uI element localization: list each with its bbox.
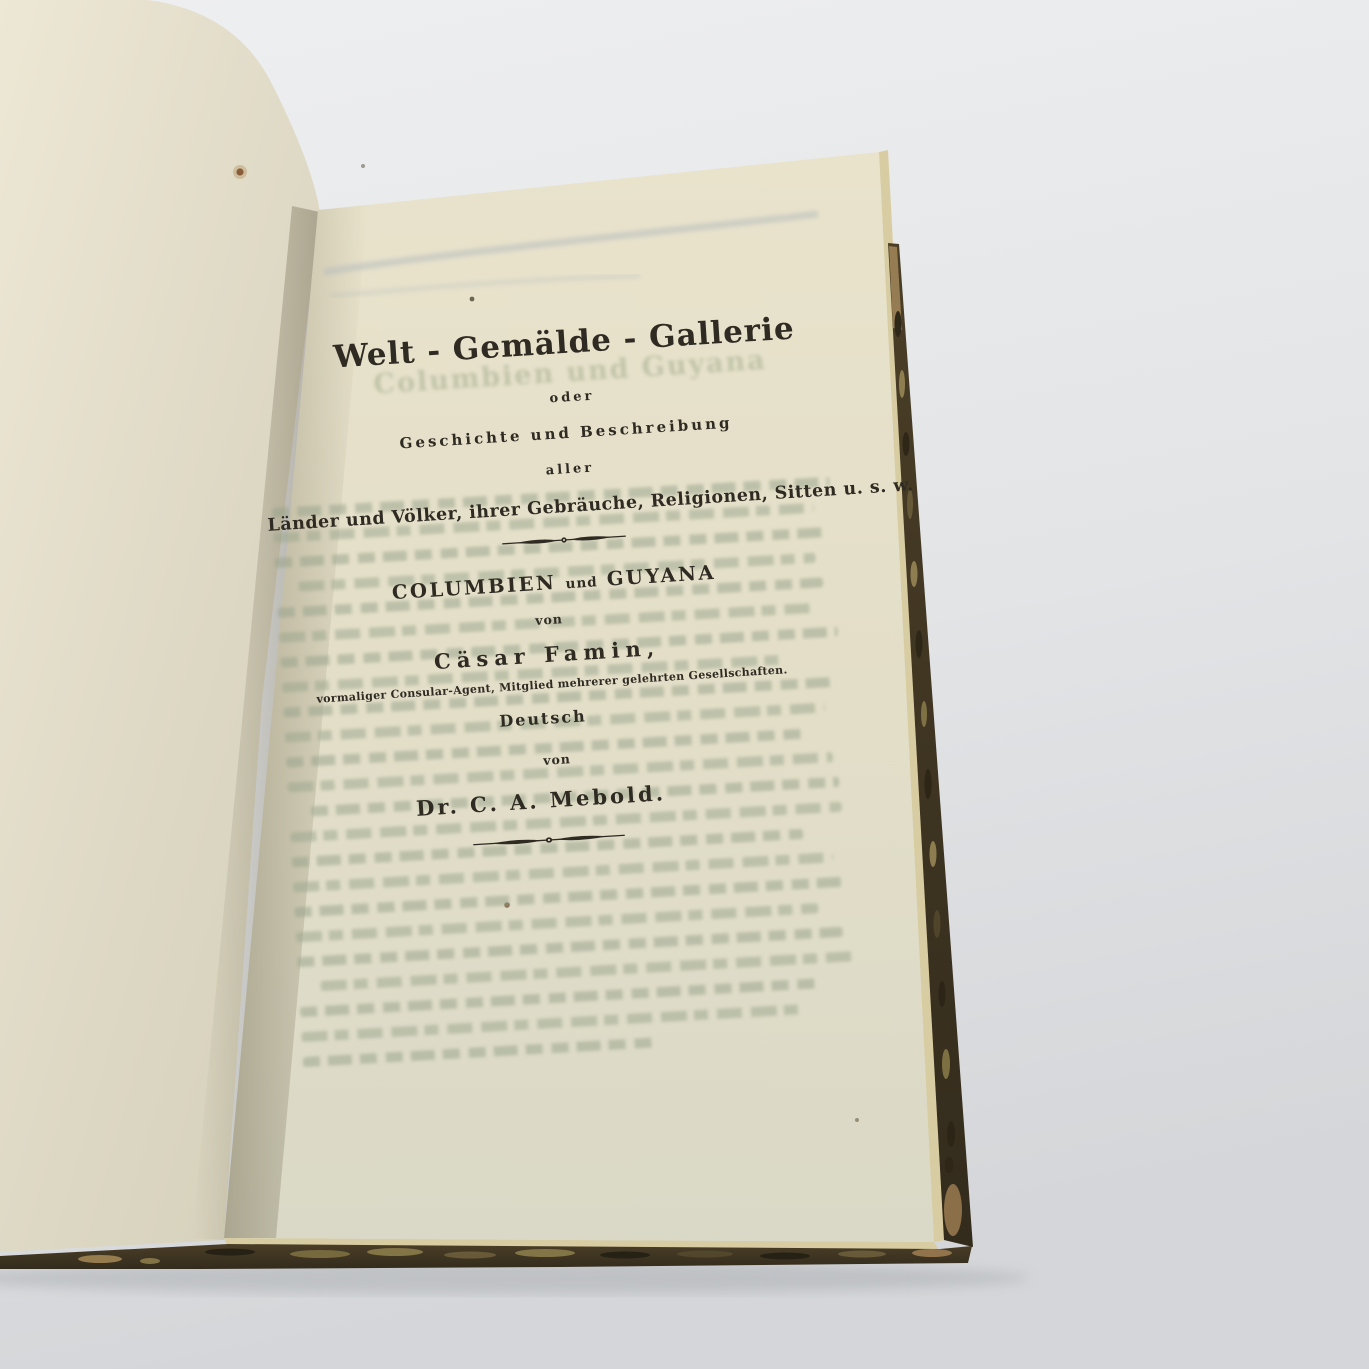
volume-title-connector: und [565, 574, 598, 592]
ornament-divider-bottom [473, 829, 625, 851]
book-photo: Welt - Gemälde - Gallerie Columbien und … [0, 0, 1369, 1369]
volume-title-part2: GUYANA [606, 561, 717, 591]
volume-title-part1: COLUMBIEN [391, 571, 557, 604]
ornament-divider-top [502, 530, 627, 550]
title-page-text: Welt - Gemälde - Gallerie Columbien und … [0, 0, 1369, 1369]
